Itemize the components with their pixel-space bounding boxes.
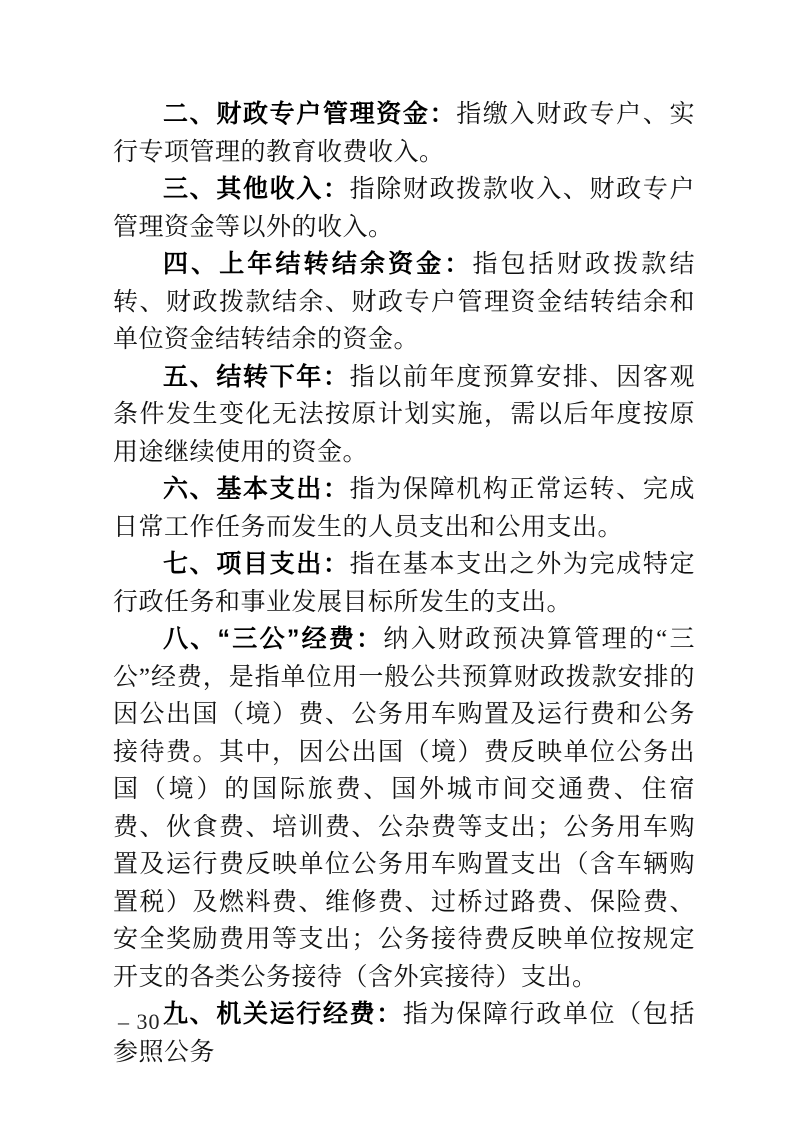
term-label: 四、上年结转结余资金： (163, 250, 473, 278)
definition-paragraph: 八、“三公”经费：纳入财政预决算管理的“三公”经费，是指单位用一般公共预算财政拨… (113, 621, 695, 996)
definition-paragraph: 五、结转下年：指以前年度预算安排、因客观条件发生变化无法按原计划实施，需以后年度… (113, 359, 695, 472)
term-label: 八、“三公”经费： (163, 625, 383, 653)
definition-paragraph: 四、上年结转结余资金：指包括财政拨款结转、财政拨款结余、财政专户管理资金结转结余… (113, 246, 695, 359)
term-label: 七、项目支出： (163, 550, 350, 578)
term-definition: 纳入财政预决算管理的“三公”经费，是指单位用一般公共预算财政拨款安排的因公出国（… (113, 626, 695, 991)
page-number: – 30 – (118, 1008, 179, 1036)
document-page: 二、财政专户管理资金：指缴入财政专户、实行专项管理的教育收费收入。 三、其他收入… (0, 0, 793, 1122)
definition-paragraph: 三、其他收入：指除财政拨款收入、财政专户管理资金等以外的收入。 (113, 171, 695, 246)
term-label: 六、基本支出： (163, 475, 350, 503)
definition-paragraph: 七、项目支出：指在基本支出之外为完成特定行政任务和事业发展目标所发生的支出。 (113, 546, 695, 621)
definition-paragraph: 二、财政专户管理资金：指缴入财政专户、实行专项管理的教育收费收入。 (113, 96, 695, 171)
term-label: 三、其他收入： (163, 175, 350, 203)
term-label: 二、财政专户管理资金： (163, 100, 456, 128)
term-label: 九、机关运行经费： (163, 1000, 403, 1028)
document-body: 二、财政专户管理资金：指缴入财政专户、实行专项管理的教育收费收入。 三、其他收入… (113, 96, 695, 1071)
term-label: 五、结转下年： (163, 363, 350, 391)
definition-paragraph: 六、基本支出：指为保障机构正常运转、完成日常工作任务而发生的人员支出和公用支出。 (113, 471, 695, 546)
definition-paragraph: 九、机关运行经费：指为保障行政单位（包括参照公务 (113, 996, 695, 1071)
